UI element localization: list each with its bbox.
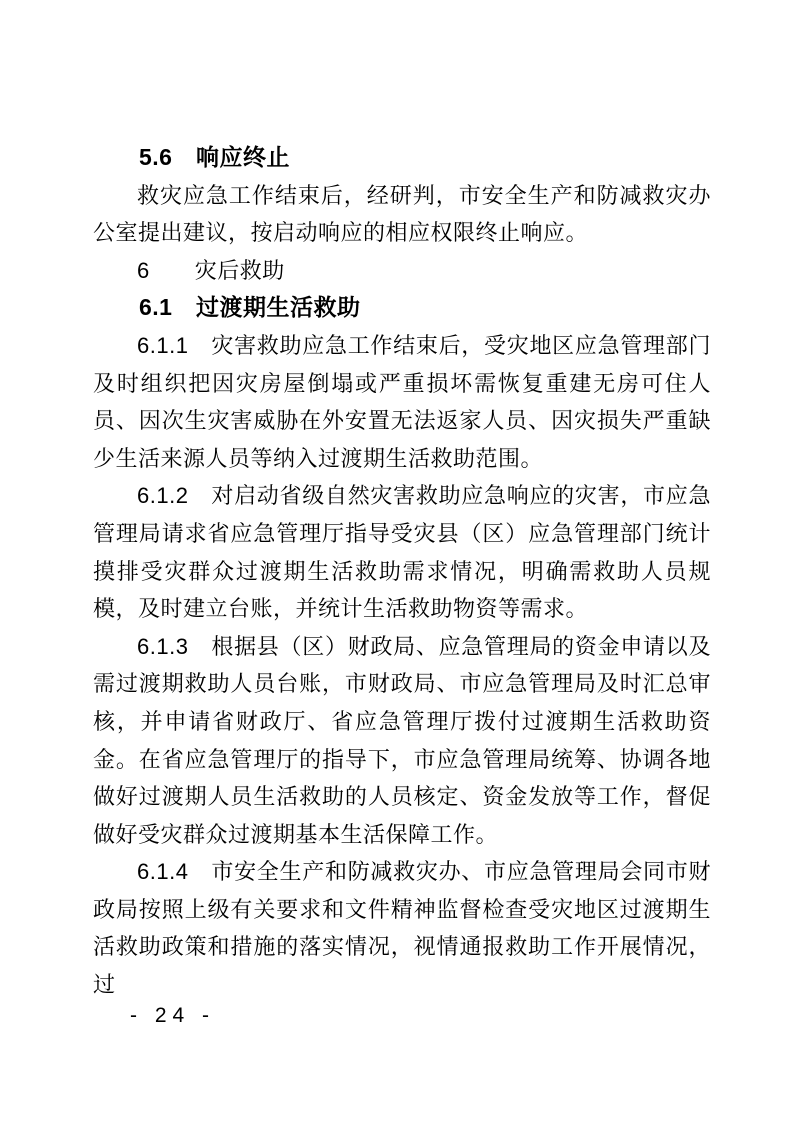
document-page: 5.6 响应终止救灾应急工作结束后，经研判，市安全生产和防减救灾办公室提出建议，… [0,0,793,1122]
heading-6: 6 灾后救助 [93,252,711,290]
para-response-termination: 救灾应急工作结束后，经研判，市安全生产和防减救灾办公室提出建议，按启动响应的相应… [93,177,711,252]
heading-6-1: 6.1 过渡期生活救助 [93,289,711,327]
heading-5-6: 5.6 响应终止 [93,139,711,177]
para-6-1-1: 6.1.1 灾害救助应急工作结束后，受灾地区应急管理部门及时组织把因灾房屋倒塌或… [93,327,711,477]
para-6-1-4: 6.1.4 市安全生产和防减救灾办、市应急管理局会同市财政局按照上级有关要求和文… [93,853,711,1003]
para-6-1-2: 6.1.2 对启动省级自然灾害救助应急响应的灾害，市应急管理局请求省应急管理厅指… [93,477,711,627]
para-6-1-3: 6.1.3 根据县（区）财政局、应急管理局的资金申请以及需过渡期救助人员台账，市… [93,628,711,854]
page-number: - 24 - [130,1001,215,1031]
document-body: 5.6 响应终止救灾应急工作结束后，经研判，市安全生产和防减救灾办公室提出建议，… [93,139,711,1004]
